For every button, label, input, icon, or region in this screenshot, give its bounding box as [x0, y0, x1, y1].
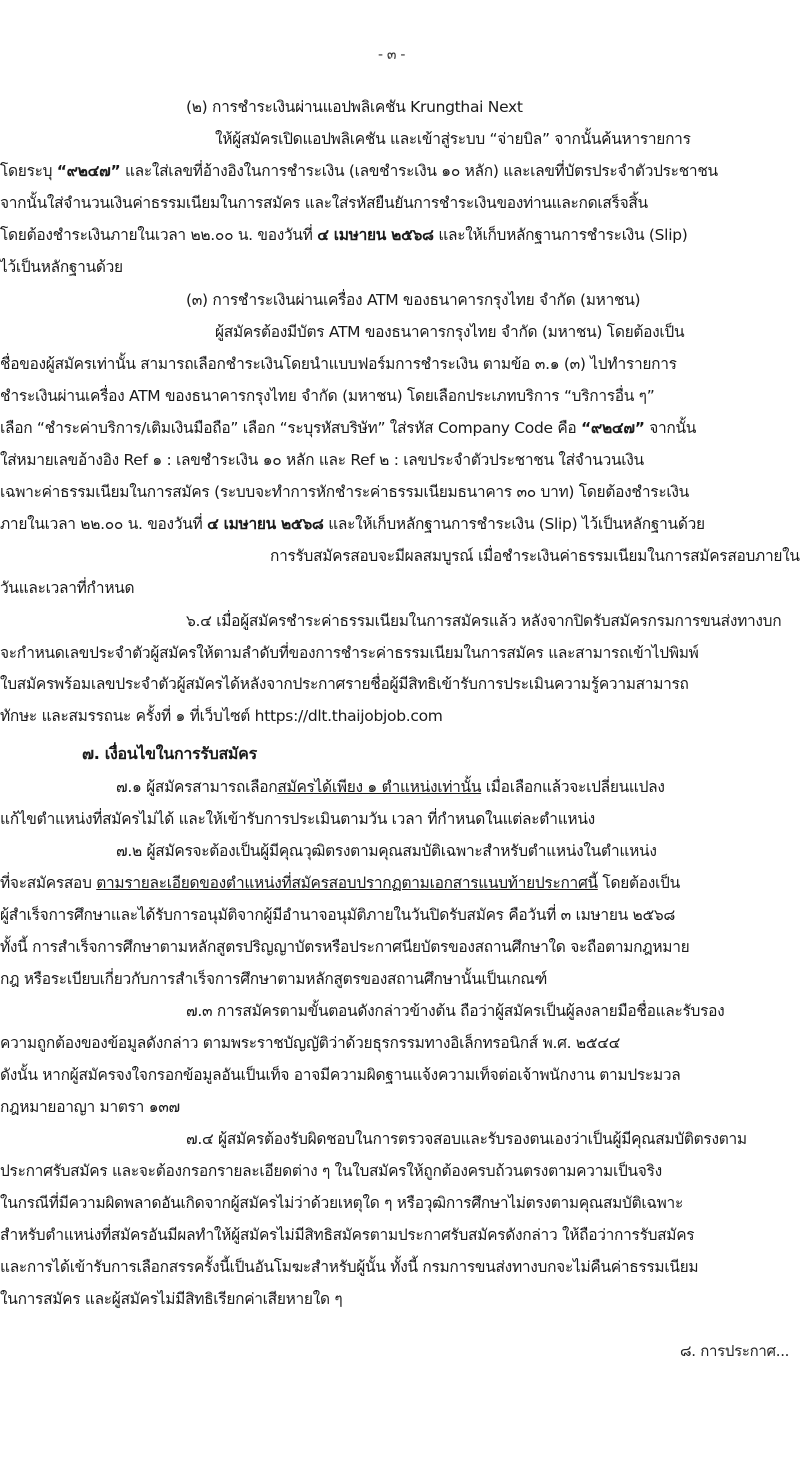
- section-2-title: (๒) การชำระเงินผ่านแอปพลิเคชัน Krungthai…: [186, 96, 523, 118]
- clause-7-2-underlined: ตามรายละเอียดของตำแหน่งที่สมัครสอบปรากฏต…: [96, 874, 598, 892]
- company-code: “๙๒๔๗”: [581, 419, 645, 437]
- clause-7-4-line: สำหรับตำแหน่งที่สมัครอันมีผลทำให้ผู้สมัค…: [0, 1224, 694, 1246]
- deadline-date: ๔ เมษายน ๒๕๖๘: [207, 515, 323, 533]
- clause-6-4-line: จะกำหนดเลขประจำตัวผู้สมัครให้ตามลำดับที่…: [0, 642, 699, 664]
- clause-7-1-line: แก้ไขตำแหน่งที่สมัครไม่ได้ และให้เข้ารับ…: [0, 808, 595, 830]
- clause-7-4-line: ประกาศรับสมัคร และจะต้องกรอกรายละเอียดต่…: [0, 1160, 662, 1182]
- clause-7-4-line: และการได้เข้ารับการเลือกสรรครั้งนี้เป็นอ…: [0, 1256, 698, 1278]
- page-number: - ๓ -: [378, 44, 405, 66]
- document-page: - ๓ - (๒) การชำระเงินผ่านแอปพลิเคชัน Kru…: [0, 0, 800, 1466]
- clause-7-3-line: ความถูกต้องของข้อมูลดังกล่าว ตามพระราชบั…: [0, 1032, 620, 1054]
- section-3-title: (๓) การชำระเงินผ่านเครื่อง ATM ของธนาคาร…: [186, 289, 640, 311]
- section-3-line: เฉพาะค่าธรรมเนียมในการสมัคร (ระบบจะทำการ…: [0, 481, 689, 503]
- completion-note-line: วันและเวลาที่กำหนด: [0, 577, 134, 599]
- clause-7-1-prefix: ๗.๑ ผู้สมัครสามารถเลือก: [116, 778, 277, 796]
- clause-6-4-line: ๖.๔ เมื่อผู้สมัครชำระค่าธรรมเนียมในการสม…: [186, 610, 781, 632]
- completion-note-line: การรับสมัครสอบจะมีผลสมบูรณ์ เมื่อชำระเงิ…: [270, 545, 800, 567]
- clause-7-2-line: ๗.๒ ผู้สมัครจะต้องเป็นผู้มีคุณวุฒิตรงตาม…: [116, 840, 657, 862]
- clause-7-4-line: ในกรณีที่มีความผิดพลาดอันเกิดจากผู้สมัคร…: [0, 1192, 683, 1214]
- section-2-line: โดยระบุ “๙๒๔๗” และใส่เลขที่อ้างอิงในการช…: [0, 160, 718, 182]
- clause-6-4-line: ใบสมัครพร้อมเลขประจำตัวผู้สมัครได้หลังจา…: [0, 673, 689, 695]
- clause-6-4-line: ทักษะ และสมรรถนะ ครั้งที่ ๑ ที่เว็บไซต์ …: [0, 705, 443, 727]
- clause-7-4-line: ในการสมัคร และผู้สมัครไม่มีสิทธิเรียกค่า…: [0, 1288, 342, 1310]
- clause-7-2-line: ทั้งนี้ การสำเร็จการศึกษาตามหลักสูตรปริญ…: [0, 936, 689, 958]
- clause-7-3-line: ดังนั้น หากผู้สมัครจงใจกรอกข้อมูลอันเป็น…: [0, 1064, 680, 1086]
- clause-7-2-prefix: ที่จะสมัครสอบ: [0, 874, 96, 892]
- clause-7-2-line: ผู้สำเร็จการศึกษาและได้รับการอนุมัติจากผ…: [0, 904, 675, 926]
- continuation-reference: ๘. การประกาศ...: [680, 1340, 789, 1362]
- section-3-line: ใส่หมายเลขอ้างอิง Ref ๑ : เลขชำระเงิน ๑๐…: [0, 449, 644, 471]
- clause-7-2-line: กฎ หรือระเบียบเกี่ยวกับการสำเร็จการศึกษา…: [0, 968, 547, 990]
- clause-7-1-suffix: เมื่อเลือกแล้วจะเปลี่ยนแปลง: [481, 778, 664, 796]
- clause-7-2-suffix: โดยต้องเป็น: [598, 874, 680, 892]
- company-code: “๙๒๔๗”: [57, 162, 121, 180]
- deadline-date: ๔ เมษายน ๒๕๖๘: [317, 226, 433, 244]
- section-2-line: จากนั้นใส่จำนวนเงินค่าธรรมเนียมในการสมัค…: [0, 192, 648, 214]
- section-3-line: เลือก “ชำระค่าบริการ/เติมเงินมือถือ” เลื…: [0, 417, 696, 439]
- clause-7-1-underlined: สมัครได้เพียง ๑ ตำแหน่งเท่านั้น: [277, 778, 481, 796]
- section-3-line: ชำระเงินผ่านเครื่อง ATM ของธนาคารกรุงไทย…: [0, 385, 654, 407]
- section-7-heading: ๗. เงื่อนไขในการรับสมัคร: [82, 743, 257, 765]
- section-2-line: โดยต้องชำระเงินภายในเวลา ๒๒.๐๐ น. ของวัน…: [0, 224, 687, 246]
- section-3-line: ภายในเวลา ๒๒.๐๐ น. ของวันที่ ๔ เมษายน ๒๕…: [0, 513, 705, 535]
- clause-7-3-line: ๗.๓ การสมัครตามขั้นตอนดังกล่าวข้างต้น ถื…: [186, 1000, 724, 1022]
- section-3-line: ชื่อของผู้สมัครเท่านั้น สามารถเลือกชำระเ…: [0, 353, 677, 375]
- clause-7-3-line: กฎหมายอาญา มาตรา ๑๓๗: [0, 1096, 180, 1118]
- section-2-line: ไว้เป็นหลักฐานด้วย: [0, 256, 123, 278]
- clause-7-2-line: ที่จะสมัครสอบ ตามรายละเอียดของตำแหน่งที่…: [0, 872, 680, 894]
- section-3-line: ผู้สมัครต้องมีบัตร ATM ของธนาคารกรุงไทย …: [215, 321, 684, 343]
- section-2-line: ให้ผู้สมัครเปิดแอปพลิเคชัน และเข้าสู่ระบ…: [215, 128, 691, 150]
- clause-7-4-line: ๗.๔ ผู้สมัครต้องรับผิดชอบในการตรวจสอบและ…: [186, 1128, 747, 1150]
- clause-7-1-line: ๗.๑ ผู้สมัครสามารถเลือกสมัครได้เพียง ๑ ต…: [116, 776, 665, 798]
